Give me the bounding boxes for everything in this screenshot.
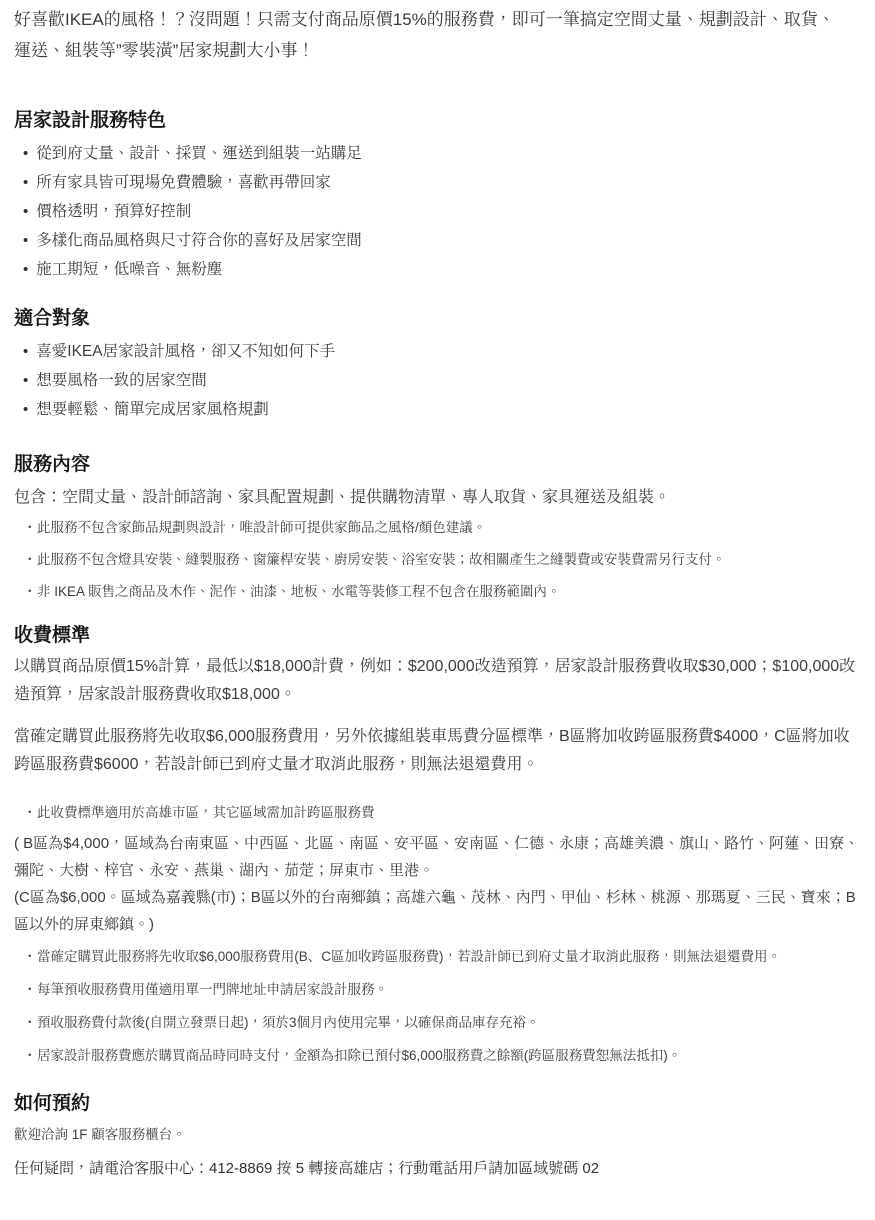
bullet-icon: • (23, 202, 28, 222)
features-list: • 從到府丈量、設計、採買、運送到組裝一站購足 • 所有家具皆可現場免費體驗，喜… (14, 144, 861, 280)
feature-item: • 多樣化商品風格與尺寸符合你的喜好及居家空間 (14, 231, 861, 251)
note-bullet-icon: ・ (23, 977, 37, 1003)
note-item: ・ 當確定購買此服務將先收取$6,000服務費用(B、C區加收跨區服務費)，若設… (14, 944, 859, 970)
note-item: ・ 此服務不包含家飾品規劃與設計，唯設計師可提供家飾品之風格/顏色建議。 (14, 518, 859, 537)
bullet-icon: • (23, 173, 28, 193)
note-text: 當確定購買此服務將先收取$6,000服務費用(B、C區加收跨區服務費)，若設計師… (37, 944, 781, 970)
note-bullet-icon: ・ (23, 944, 37, 970)
note-text: 居家設計服務費應於購買商品時同時支付，金額為扣除已預付$6,000服務費之餘額(… (37, 1043, 681, 1069)
feature-item: • 價格透明，預算好控制 (14, 202, 861, 222)
note-text: 預收服務費付款後(自開立發票日起)，須於3個月內使用完畢，以確保商品庫存充裕。 (37, 1010, 540, 1036)
service-description-page: 好喜歡IKEA的風格！？沒問題！只需支付商品原價15%的服務費，即可一筆搞定空間… (0, 0, 875, 1179)
audience-item: • 想要風格一致的居家空間 (14, 371, 861, 391)
note-text: 此收費標準適用於高雄市區，其它區域需加計跨區服務費 (37, 803, 375, 822)
note-item: ・ 預收服務費付款後(自開立發票日起)，須於3個月內使用完畢，以確保商品庫存充裕… (14, 1010, 859, 1036)
note-text: 每筆預收服務費用僅適用單一門牌地址申請居家設計服務。 (37, 977, 388, 1003)
note-text: 非 IKEA 販售之商品及木作、泥作、油漆、地板、水電等裝修工程不包含在服務範圍… (37, 582, 561, 601)
note-text: 此服務不包含家飾品規劃與設計，唯設計師可提供家飾品之風格/顏色建議。 (37, 518, 486, 537)
note-bullet-icon: ・ (23, 803, 37, 822)
audience-item-text: 喜愛IKEA居家設計風格，卻又不知如何下手 (36, 342, 335, 362)
audience-item: • 喜愛IKEA居家設計風格，卻又不知如何下手 (14, 342, 861, 362)
feature-item-text: 從到府丈量、設計、採買、運送到組裝一站購足 (36, 144, 362, 164)
booking-phone-info: 任何疑問，請電洽客服中心：412-8869 按 5 轉接高雄店；行動電話用戶請加… (14, 1158, 861, 1179)
section-title-audience: 適合對象 (14, 306, 861, 332)
bullet-icon: • (23, 144, 28, 164)
region-c-description: (C區為$6,000。區域為嘉義縣(市)；B區以外的台南鄉鎮；高雄六龜、茂林、內… (14, 884, 861, 938)
audience-item-text: 想要風格一致的居家空間 (36, 371, 207, 391)
feature-item: • 施工期短，低噪音、無粉塵 (14, 260, 861, 280)
note-bullet-icon: ・ (23, 1043, 37, 1069)
note-bullet-icon: ・ (23, 582, 37, 601)
note-text: 此服務不包含燈具安裝、縫製服務、窗簾桿安裝、廚房安裝、浴室安裝；故相關產生之縫製… (37, 550, 726, 569)
feature-item-text: 多樣化商品風格與尺寸符合你的喜好及居家空間 (36, 231, 362, 251)
region-b-description: ( B區為$4,000，區域為台南東區、中西區、北區、南區、安平區、安南區、仁德… (14, 830, 861, 884)
note-item: ・ 每筆預收服務費用僅適用單一門牌地址申請居家設計服務。 (14, 977, 859, 1003)
note-bullet-icon: ・ (23, 1010, 37, 1036)
audience-item-text: 想要輕鬆、簡單完成居家風格規劃 (36, 400, 269, 420)
region-surcharge-note: ・ 此收費標準適用於高雄市區，其它區域需加計跨區服務費 (14, 803, 861, 822)
audience-item: • 想要輕鬆、簡單完成居家風格規劃 (14, 400, 861, 420)
bullet-icon: • (23, 371, 28, 391)
note-item: ・ 非 IKEA 販售之商品及木作、泥作、油漆、地板、水電等裝修工程不包含在服務… (14, 582, 859, 601)
section-title-pricing: 收費標準 (14, 623, 861, 649)
intro-paragraph: 好喜歡IKEA的風格！？沒問題！只需支付商品原價15%的服務費，即可一筆搞定空間… (14, 4, 849, 66)
feature-item-text: 施工期短，低噪音、無粉塵 (36, 260, 222, 280)
service-notes: ・ 此服務不包含家飾品規劃與設計，唯設計師可提供家飾品之風格/顏色建議。 ・ 此… (14, 518, 861, 601)
note-bullet-icon: ・ (23, 518, 37, 537)
feature-item-text: 價格透明，預算好控制 (36, 202, 191, 222)
pricing-paragraph-2: 當確定購買此服務將先收取$6,000服務費用，另外依據組裝車馬費分區標準，B區將… (14, 723, 859, 779)
feature-item: • 從到府丈量、設計、採買、運送到組裝一站購足 (14, 144, 861, 164)
section-title-service-content: 服務內容 (14, 452, 861, 478)
audience-list: • 喜愛IKEA居家設計風格，卻又不知如何下手 • 想要風格一致的居家空間 • … (14, 342, 861, 420)
note-item: ・ 居家設計服務費應於購買商品時同時支付，金額為扣除已預付$6,000服務費之餘… (14, 1043, 859, 1069)
pricing-paragraph-1: 以購買商品原價15%計算，最低以$18,000計費，例如：$200,000改造預… (14, 653, 859, 709)
note-item: ・ 此服務不包含燈具安裝、縫製服務、窗簾桿安裝、廚房安裝、浴室安裝；故相關產生之… (14, 550, 859, 569)
section-title-features: 居家設計服務特色 (14, 108, 861, 134)
note-bullet-icon: ・ (23, 550, 37, 569)
service-include-line: 包含：空間丈量、設計師諮詢、家具配置規劃、提供購物清單、專人取貨、家具運送及組裝… (14, 486, 861, 510)
booking-counter-info: 歡迎洽詢 1F 顧客服務櫃台。 (14, 1125, 861, 1144)
bullet-icon: • (23, 231, 28, 251)
bullet-icon: • (23, 400, 28, 420)
feature-item-text: 所有家具皆可現場免費體驗，喜歡再帶回家 (36, 173, 331, 193)
section-title-booking: 如何預約 (14, 1091, 861, 1117)
bullet-icon: • (23, 260, 28, 280)
bullet-icon: • (23, 342, 28, 362)
pricing-notes: ・ 當確定購買此服務將先收取$6,000服務費用(B、C區加收跨區服務費)，若設… (14, 944, 861, 1069)
feature-item: • 所有家具皆可現場免費體驗，喜歡再帶回家 (14, 173, 861, 193)
